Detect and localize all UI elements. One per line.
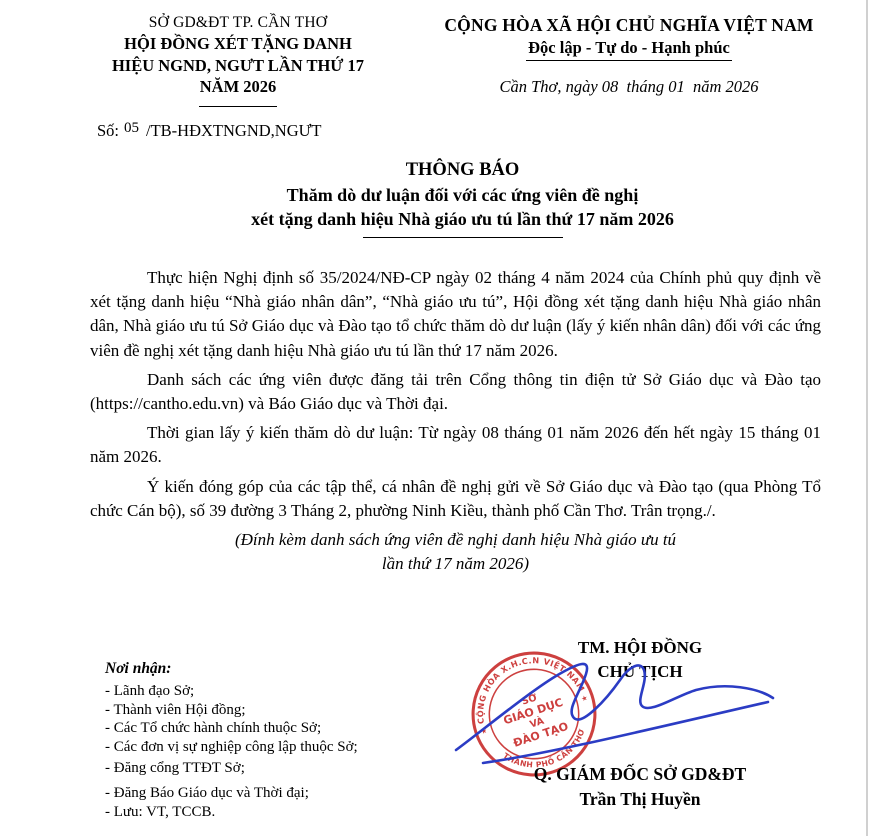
- parent-org: SỞ GD&ĐT TP. CẦN THƠ: [92, 12, 384, 33]
- org-name-line2: HIỆU NGND, NGƯT LẦN THỨ 17: [92, 55, 384, 77]
- page-right-edge: [866, 0, 868, 836]
- title-underline: [363, 237, 563, 238]
- position-line: CHỦ TỊCH: [440, 660, 840, 684]
- attachment-note-line1: (Đính kèm danh sách ứng viên đề nghị dan…: [90, 528, 821, 552]
- recipients-label: Nơi nhận:: [105, 660, 358, 678]
- recipient-item: - Đăng Báo Giáo dục và Thời đại;: [105, 784, 358, 803]
- place-date-line: Cần Thơ, ngày 08 tháng 01 năm 2026: [396, 77, 862, 97]
- doc-number-suffix: /TB-HĐXTNGND,NGƯT: [146, 121, 322, 140]
- doc-body: Thực hiện Nghị định số 35/2024/NĐ-CP ngà…: [90, 266, 821, 576]
- org-underline: [199, 106, 277, 107]
- recipient-item: - Lãnh đạo Sở;: [105, 682, 358, 701]
- recipients-block: Nơi nhận: - Lãnh đạo Sở; - Thành viên Hộ…: [105, 660, 358, 821]
- paragraph-2: Danh sách các ứng viên được đăng tải trê…: [90, 368, 821, 416]
- recipient-item: - Lưu: VT, TCCB.: [105, 803, 358, 822]
- attachment-note: (Đính kèm danh sách ứng viên đề nghị dan…: [90, 528, 821, 576]
- doc-number-value: 05: [124, 120, 139, 136]
- doc-subtitle-line2: xét tặng danh hiệu Nhà giáo ưu tú lần th…: [90, 207, 835, 231]
- document-page: SỞ GD&ĐT TP. CẦN THƠ HỘI ĐỒNG XÉT TẶNG D…: [0, 0, 875, 836]
- national-header-block: CỘNG HÒA XÃ HỘI CHỦ NGHĨA VIỆT NAM Độc l…: [396, 14, 862, 97]
- signer-name: Trần Thị Huyền: [440, 787, 840, 811]
- org-name-line3: NĂM 2026: [92, 76, 384, 98]
- recipient-item: - Thành viên Hội đồng;: [105, 701, 358, 720]
- signature-block: TM. HỘI ĐỒNG CHỦ TỊCH Q. GIÁM ĐỐC SỞ GD&…: [440, 636, 840, 811]
- paragraph-3: Thời gian lấy ý kiến thăm dò dư luận: Từ…: [90, 421, 821, 469]
- national-title: CỘNG HÒA XÃ HỘI CHỦ NGHĨA VIỆT NAM: [396, 14, 862, 36]
- paragraph-4: Ý kiến đóng góp của các tập thể, cá nhân…: [90, 475, 821, 523]
- doc-subtitle-line1: Thăm dò dư luận đối với các ứng viên đề …: [90, 183, 835, 207]
- org-name-line1: HỘI ĐỒNG XÉT TẶNG DANH: [92, 33, 384, 55]
- signer-title: Q. GIÁM ĐỐC SỞ GD&ĐT: [440, 762, 840, 786]
- doc-title: THÔNG BÁO: [90, 158, 835, 183]
- doc-title-block: THÔNG BÁO Thăm dò dư luận đối với các ứn…: [90, 158, 835, 238]
- on-behalf-line: TM. HỘI ĐỒNG: [440, 636, 840, 660]
- national-motto: Độc lập - Tự do - Hạnh phúc: [526, 38, 732, 61]
- paragraph-1: Thực hiện Nghị định số 35/2024/NĐ-CP ngà…: [90, 266, 821, 363]
- doc-number-line: Số:05/TB-HĐXTNGND,NGƯT: [97, 121, 322, 141]
- signature-space: [440, 684, 840, 762]
- recipient-item: - Đăng cổng TTĐT Sở;: [105, 759, 358, 778]
- doc-number-label: Số:: [97, 121, 119, 140]
- recipient-item: - Các đơn vị sự nghiệp công lập thuộc Sở…: [105, 738, 358, 757]
- issuing-org-block: SỞ GD&ĐT TP. CẦN THƠ HỘI ĐỒNG XÉT TẶNG D…: [92, 12, 384, 107]
- recipient-item: - Các Tổ chức hành chính thuộc Sở;: [105, 719, 358, 738]
- attachment-note-line2: lần thứ 17 năm 2026): [90, 552, 821, 576]
